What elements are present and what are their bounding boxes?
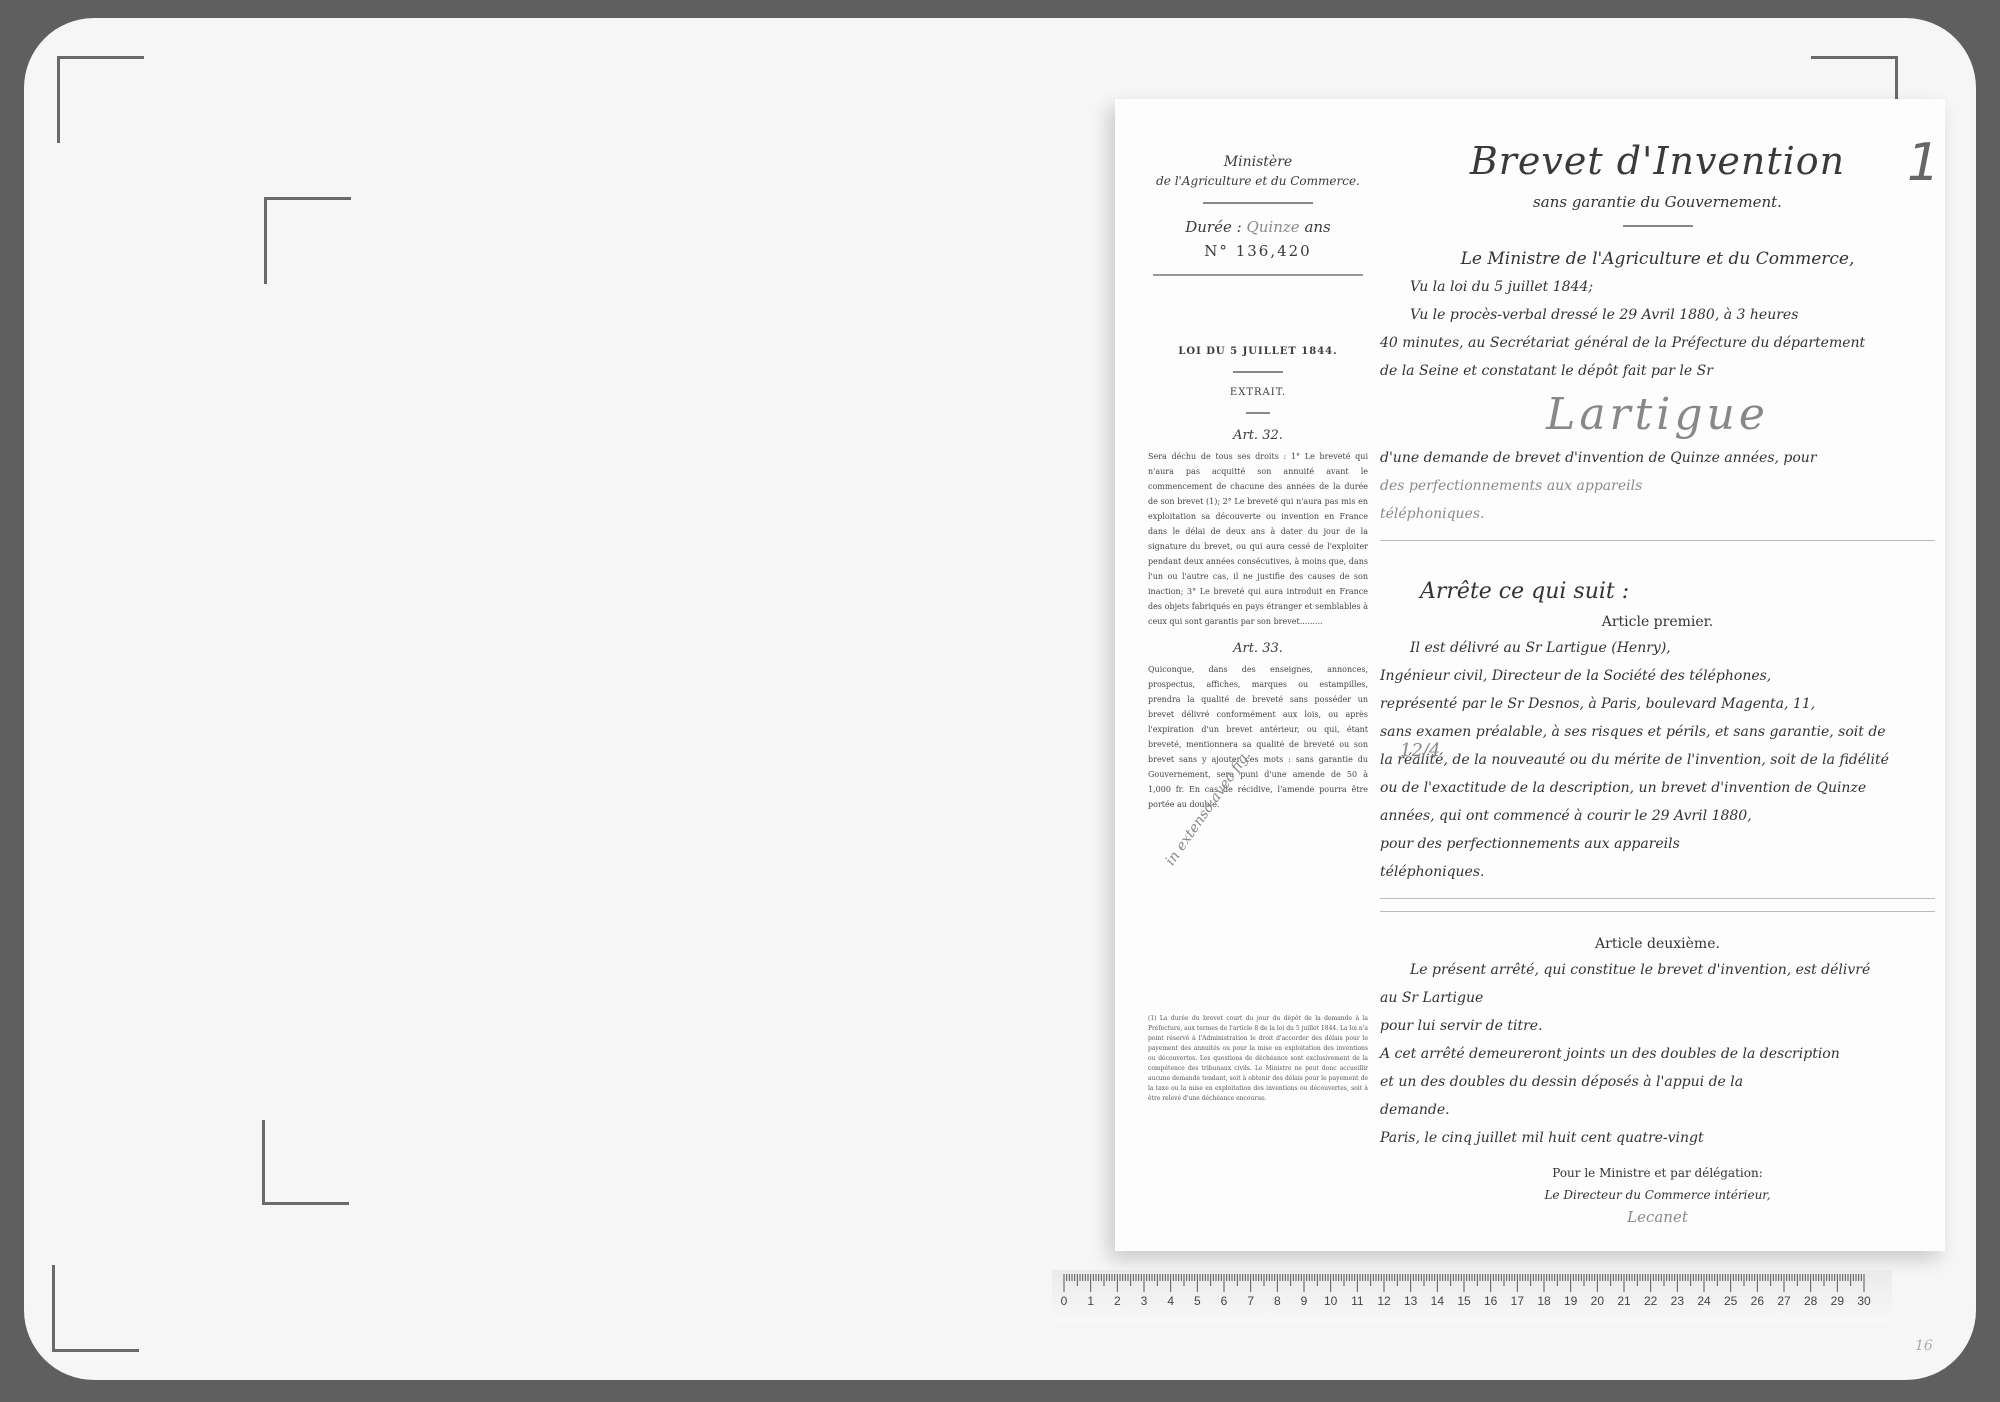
ruler-label: 23 [1671,1294,1684,1308]
extract-label: EXTRAIT. [1148,387,1368,398]
ornament-divider [1203,202,1313,204]
article-1-title: Article premier. [1380,614,1935,630]
ministry-subheading: de l'Agriculture et du Commerce. [1148,174,1368,188]
ruler-label: 26 [1751,1294,1764,1308]
inner-crop-mark-bottom-left [262,1120,349,1205]
ruler-label: 1 [1087,1294,1094,1308]
minister-line: Le Ministre de l'Agriculture et du Comme… [1380,245,1935,273]
article-line: représenté par le Sr Desnos, à Paris, bo… [1380,690,1935,718]
ruler-label: 27 [1777,1294,1790,1308]
patent-number-line: N° 136,420 [1148,242,1368,260]
article-line: Il est délivré au Sr Lartigue (Henry), [1380,634,1935,662]
article-line: ou de l'exactitude de la description, un… [1380,774,1935,802]
law-title: LOI DU 5 JUILLET 1844. [1148,346,1368,357]
patent-document: Ministère de l'Agriculture et du Commerc… [1115,99,1945,1251]
blank-rule [1380,911,1935,912]
ruler-label: 3 [1141,1294,1148,1308]
blank-rule [1380,540,1935,541]
number-label: N° [1204,242,1229,260]
article-2-title: Article deuxième. [1380,936,1935,952]
article-32-text: Sera déchu de tous ses droits : 1° Le br… [1148,449,1368,629]
crop-mark-bottom-left [52,1265,139,1352]
duration-value: Quinze [1246,218,1299,236]
ruler-label: 0 [1061,1294,1068,1308]
ruler-label: 24 [1697,1294,1710,1308]
ruler-label: 25 [1724,1294,1737,1308]
document-title: Brevet d'Invention [1380,139,1935,183]
ruler-label: 28 [1804,1294,1817,1308]
law-footnote: (1) La durée du brevet court du jour du … [1148,1014,1368,1104]
minutes-line: 40 minutes, au Secrétariat général de la… [1380,329,1935,357]
arrete-heading: Arrête ce qui suit : [1420,579,1935,604]
archive-stamp: 16 [1915,1338,1933,1354]
department-line: de la Seine et constatant le dépôt fait … [1380,357,1935,385]
right-column: Brevet d'Invention 1 sans garantie du Go… [1380,139,1935,1228]
duration-line: Durée : Quinze ans [1148,218,1368,236]
article-line: sans examen préalable, à ses risques et … [1380,718,1935,746]
ruler-label: 13 [1404,1294,1417,1308]
ruler-label: 17 [1511,1294,1524,1308]
handwritten-corner-number: 1 [1907,133,1940,193]
ruler-label: 8 [1274,1294,1281,1308]
ruler-label: 11 [1351,1294,1363,1308]
ruler-label: 18 [1537,1294,1550,1308]
ruler-label: 12 [1377,1294,1390,1308]
short-divider [1246,412,1270,414]
article-line: au Sr Lartigue [1380,984,1935,1012]
signature-block: Pour le Ministre et par délégation: Le D… [1380,1162,1935,1228]
object-line-1: des perfectionnements aux appareils [1380,472,1935,500]
ruler-label: 21 [1617,1294,1630,1308]
signature: Lecanet [1380,1206,1935,1228]
ruler-label: 15 [1457,1294,1470,1308]
ruler-label: 16 [1484,1294,1497,1308]
article-line: Paris, le cinq juillet mil huit cent qua… [1380,1124,1935,1152]
ruler-label: 20 [1591,1294,1604,1308]
left-column: Ministère de l'Agriculture et du Commerc… [1148,154,1368,812]
ruler-label: 4 [1167,1294,1174,1308]
margin-fraction-annotation: 12/4 [1400,740,1440,761]
ornament-divider [1233,371,1283,373]
ruler-label: 10 [1324,1294,1337,1308]
signature-delegation: Pour le Ministre et par délégation: [1380,1162,1935,1184]
ruler-label: 19 [1564,1294,1577,1308]
article-33-title: Art. 33. [1148,641,1368,656]
ruler-label: 30 [1857,1294,1870,1308]
article-line: la réalité, de la nouveauté ou du mérite… [1380,746,1935,774]
law-reference: Vu la loi du 5 juillet 1844; [1380,273,1935,301]
patent-number: 136,420 [1236,242,1312,260]
ruler-label: 5 [1194,1294,1201,1308]
document-subtitle: sans garantie du Gouvernement. [1380,193,1935,211]
duration-label: Durée : [1185,218,1241,236]
ruler-label: 7 [1247,1294,1254,1308]
request-line: d'une demande de brevet d'invention de Q… [1380,444,1935,472]
ruler-label: 22 [1644,1294,1657,1308]
article-32-title: Art. 32. [1148,428,1368,443]
article-line: Ingénieur civil, Directeur de la Société… [1380,662,1935,690]
measurement-ruler: 0123456789101112131415161718192021222324… [1052,1270,1892,1322]
ministry-heading: Ministère [1148,154,1368,170]
divider [1153,274,1363,276]
article-line: téléphoniques. [1380,858,1935,886]
ornament-divider [1623,225,1693,227]
applicant-name: Lartigue [1380,389,1935,440]
proces-verbal-line: Vu le procès-verbal dressé le 29 Avril 1… [1380,301,1935,329]
ruler-label: 14 [1431,1294,1444,1308]
signature-title: Le Directeur du Commerce intérieur, [1380,1184,1935,1206]
article-line: pour des perfectionnements aux appareils [1380,830,1935,858]
blank-rule [1380,898,1935,899]
article-line: pour lui servir de titre. [1380,1012,1935,1040]
object-line-2: téléphoniques. [1380,500,1935,528]
ruler-label: 9 [1301,1294,1308,1308]
article-line: demande. [1380,1096,1935,1124]
article-line: Le présent arrêté, qui constitue le brev… [1380,956,1935,984]
article-1-body: Il est délivré au Sr Lartigue (Henry),In… [1380,634,1935,886]
article-line: A cet arrêté demeureront joints un des d… [1380,1040,1935,1068]
article-line: et un des doubles du dessin déposés à l'… [1380,1068,1935,1096]
ruler-label: 6 [1221,1294,1228,1308]
ruler-ticks [1062,1274,1872,1292]
article-line: années, qui ont commencé à courir le 29 … [1380,802,1935,830]
article-33-text: Quiconque, dans des enseignes, annonces,… [1148,662,1368,812]
article-2-body: Le présent arrêté, qui constitue le brev… [1380,956,1935,1152]
ruler-label: 29 [1831,1294,1844,1308]
ruler-label: 2 [1114,1294,1121,1308]
inner-crop-mark-top-left [264,197,351,284]
crop-mark-top-left [57,56,144,143]
duration-unit: ans [1304,218,1330,236]
